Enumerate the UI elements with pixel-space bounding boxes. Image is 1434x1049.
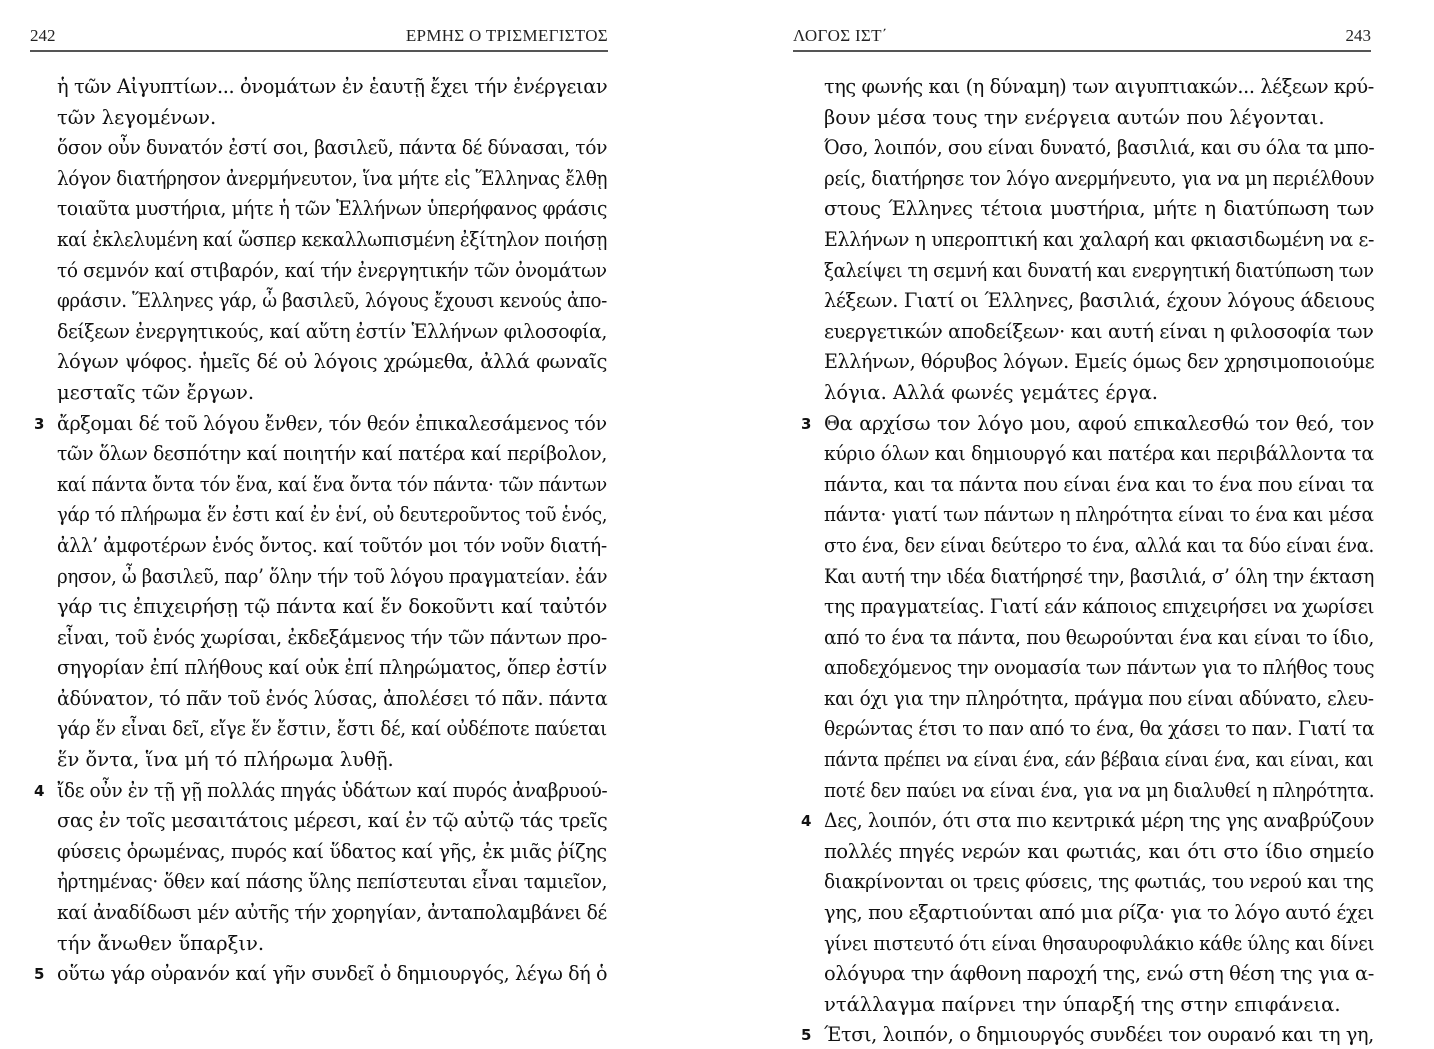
- line-text: στους Έλληνες τέτοια μυστήρια, μήτε η δι…: [824, 197, 1374, 220]
- text-line: βουν μέσα τους την ενέργεια αυτών που λέ…: [824, 103, 1374, 134]
- text-line: τῶν ὅλων δεσπότην καί ποιητήν καί πατέρα…: [57, 439, 607, 470]
- text-line: εἶναι, τοῦ ἑνός χωρίσαι, ἐκδεξάμενος τήν…: [57, 623, 607, 654]
- section-number: 5: [801, 1020, 811, 1049]
- line-text: Και αυτή την ιδέα διατήρησέ την, βασιλιά…: [824, 562, 1374, 593]
- line-text: γάρ τις ἐπιχειρήσῃ τῷ πάντα καί ἕν δοκοῦ…: [57, 595, 607, 618]
- text-line: δείξεων ἐνεργητικούς, καί αὕτη ἐστίν Ἑλλ…: [57, 317, 607, 348]
- line-text: εἶναι, τοῦ ἑνός χωρίσαι, ἐκδεξάμενος τήν…: [57, 623, 607, 654]
- text-line: Και αυτή την ιδέα διατήρησέ την, βασιλιά…: [824, 562, 1374, 593]
- text-line: γης, που εξαρτιούνται από μια ρίζα· για …: [824, 898, 1374, 929]
- greek-text-body: ἡ τῶν Αἰγυπτίων... ὀνομάτων ἐν ἑαυτῇ ἔχε…: [57, 72, 607, 990]
- line-text: τοιαῦτα μυστήρια, μήτε ἡ τῶν Ἑλλήνων ὑπε…: [57, 194, 607, 225]
- line-text: καί ἐκλελυμένη καί ὥσπερ κεκαλλωπισμένη …: [57, 225, 607, 256]
- line-text: και όχι για την πληρότητα, πράγμα που εί…: [824, 684, 1374, 715]
- line-text: φράσιν. Ἕλληνες γάρ, ὦ βασιλεῦ, λόγους ἔ…: [57, 286, 607, 317]
- header-rule: [793, 50, 1371, 52]
- text-line: Όσο, λοιπόν, σου είναι δυνατό, βασιλιά, …: [824, 133, 1374, 164]
- text-line: 3ἄρξομαι δέ τοῦ λόγου ἔνθεν, τόν θεόν ἐπ…: [57, 409, 607, 440]
- text-line: ντάλλαγμα παίρνει την ύπαρξή της στην επ…: [824, 990, 1374, 1021]
- text-line: μεσταῖς τῶν ἔργων.: [57, 378, 607, 409]
- text-line: από το ένα τα πάντα, που θεωρούνται ένα …: [824, 623, 1374, 654]
- page-header: ΛΟΓΟΣ ΙΣΤ΄ 243: [793, 26, 1371, 50]
- line-text: γάρ τό πλήρωμα ἕν ἐστι καί ἐν ἑνί, οὐ δε…: [57, 500, 607, 531]
- line-text: Όσο, λοιπόν, σου είναι δυνατό, βασιλιά, …: [824, 133, 1374, 164]
- line-text: πάντα πρέπει να είναι ένα, εάν βέβαια εί…: [824, 745, 1374, 776]
- line-text: ἀλλ’ ἀμφοτέρων ἑνός ὄντος. καί τοῦτόν μο…: [57, 531, 607, 562]
- page-number: 242: [30, 26, 56, 46]
- line-text: της φωνής και (η δύναμη) των αιγυπτιακών…: [824, 72, 1374, 103]
- line-text: καί πάντα ὄντα τόν ἕνα, καί ἕνα ὄντα τόν…: [57, 470, 607, 501]
- text-line: γίνει πιστευτό ότι είναι θησαυροφυλάκιο …: [824, 929, 1374, 960]
- text-line: 3Θα αρχίσω τον λόγο μου, αφού επικαλεσθώ…: [824, 409, 1374, 440]
- text-line: πάντα· γιατί των πάντων η πληρότητα είνα…: [824, 500, 1374, 531]
- text-line: σηγορίαν ἐπί πλήθους καί οὐκ ἐπί πληρώμα…: [57, 653, 607, 684]
- text-line: λόγον διατήρησον ἀνερμήνευτον, ἵνα μήτε …: [57, 164, 607, 195]
- line-text: ευεργετικών αποδείξεων· και αυτή είναι η…: [824, 317, 1374, 348]
- text-line: ρείς, διατήρησε τον λόγο ανερμήνευτο, γι…: [824, 164, 1374, 195]
- line-text: ἕν ὄντα, ἵνα μή τό πλήρωμα λυθῇ.: [57, 748, 394, 771]
- text-line: 5οὕτω γάρ οὐρανόν καί γῆν συνδεῖ ὁ δημιο…: [57, 959, 607, 990]
- text-line: ἕν ὄντα, ἵνα μή τό πλήρωμα λυθῇ.: [57, 745, 607, 776]
- text-line: ρησον, ὦ βασιλεῦ, παρ’ ὅλην τήν τοῦ λόγο…: [57, 562, 607, 593]
- line-text: Θα αρχίσω τον λόγο μου, αφού επικαλεσθώ …: [824, 412, 1374, 435]
- line-text: αποδεχόμενος την ονομασία των πάντων για…: [824, 653, 1374, 684]
- line-text: ἀδύνατον, τό πᾶν τοῦ ἑνός λύσας, ἀπολέσε…: [57, 684, 607, 715]
- section-number: 4: [34, 776, 44, 807]
- text-line: 4ἴδε οὖν ἐν τῇ γῇ πολλάς πηγάς ὑδάτων κα…: [57, 776, 607, 807]
- text-line: ποτέ δεν παύει να είναι ένα, για να μη δ…: [824, 776, 1374, 807]
- page-number: 243: [1346, 26, 1372, 46]
- line-text: ἄρξομαι δέ τοῦ λόγου ἔνθεν, τόν θεόν ἐπι…: [57, 409, 607, 440]
- text-line: Ελλήνων η υπεροπτική και χαλαρή και φκια…: [824, 225, 1374, 256]
- running-title: ΛΟΓΟΣ ΙΣΤ΄: [793, 26, 888, 46]
- line-text: ντάλλαγμα παίρνει την ύπαρξή της στην επ…: [824, 993, 1341, 1016]
- text-line: πολλές πηγές νερών και φωτιάς, και ότι σ…: [824, 837, 1374, 868]
- text-line: ἡ τῶν Αἰγυπτίων... ὀνομάτων ἐν ἑαυτῇ ἔχε…: [57, 72, 607, 103]
- text-line: ἠρτημένας· ὅθεν καί πάσης ὕλης πεπίστευτ…: [57, 867, 607, 898]
- text-line: ευεργετικών αποδείξεων· και αυτή είναι η…: [824, 317, 1374, 348]
- line-text: σηγορίαν ἐπί πλήθους καί οὐκ ἐπί πληρώμα…: [57, 653, 607, 684]
- line-text: μεσταῖς τῶν ἔργων.: [57, 381, 254, 404]
- line-text: τῶν λεγομένων.: [57, 106, 216, 129]
- text-line: πάντα πρέπει να είναι ένα, εάν βέβαια εί…: [824, 745, 1374, 776]
- line-text: δείξεων ἐνεργητικούς, καί αὕτη ἐστίν Ἑλλ…: [57, 317, 607, 348]
- line-text: γάρ ἕν εἶναι δεῖ, εἴγε ἕν ἔστιν, ἔστι δέ…: [57, 714, 607, 745]
- line-text: Δες, λοιπόν, ότι στα πιο κεντρικά μέρη τ…: [824, 806, 1374, 837]
- text-line: 4Δες, λοιπόν, ότι στα πιο κεντρικά μέρη …: [824, 806, 1374, 837]
- text-line: καί ἀναδίδωσι μέν αὐτῆς τήν χορηγίαν, ἀν…: [57, 898, 607, 929]
- line-text: λόγια. Αλλά φωνές γεμάτες έργα.: [824, 381, 1158, 404]
- text-line: γάρ τό πλήρωμα ἕν ἐστι καί ἐν ἑνί, οὐ δε…: [57, 500, 607, 531]
- text-line: 5Έτσι, λοιπόν, ο δημιουργός συνδέει τον …: [824, 1020, 1374, 1049]
- text-line: λόγων ψόφος. ἡμεῖς δέ οὐ λόγοις χρώμεθα,…: [57, 347, 607, 378]
- modern-greek-translation-body: της φωνής και (η δύναμη) των αιγυπτιακών…: [824, 72, 1374, 1049]
- text-line: πάντα, και τα πάντα που είναι ένα και το…: [824, 470, 1374, 501]
- line-text: πάντα, και τα πάντα που είναι ένα και το…: [824, 470, 1374, 501]
- line-text: πολλές πηγές νερών και φωτιάς, και ότι σ…: [824, 840, 1374, 863]
- text-line: τήν ἄνωθεν ὕπαρξιν.: [57, 929, 607, 960]
- text-line: σας ἐν τοῖς μεσαιτάτοις μέρεσι, καί ἐν τ…: [57, 806, 607, 837]
- line-text: ρείς, διατήρησε τον λόγο ανερμήνευτο, γι…: [824, 164, 1374, 195]
- text-line: γάρ τις ἐπιχειρήσῃ τῷ πάντα καί ἕν δοκοῦ…: [57, 592, 607, 623]
- running-title: ΕΡΜΗΣ Ο ΤΡΙΣΜΕΓΙΣΤΟΣ: [406, 26, 608, 46]
- line-text: στο ένα, δεν είναι δεύτερο το ένα, αλλά …: [824, 531, 1374, 562]
- section-number: 5: [34, 959, 44, 990]
- line-text: από το ένα τα πάντα, που θεωρούνται ένα …: [824, 623, 1374, 654]
- text-line: γάρ ἕν εἶναι δεῖ, εἴγε ἕν ἔστιν, ἔστι δέ…: [57, 714, 607, 745]
- line-text: κύριο όλων και δημιουργό και πατέρα και …: [824, 439, 1374, 470]
- text-line: τό σεμνόν καί στιβαρόν, καί τήν ἐνεργητι…: [57, 256, 607, 287]
- section-number: 3: [34, 409, 44, 440]
- line-text: βουν μέσα τους την ενέργεια αυτών που λέ…: [824, 106, 1325, 129]
- text-line: Ελλήνων, θόρυβος λόγων. Εμείς όμως δεν χ…: [824, 347, 1374, 378]
- header-rule: [30, 50, 608, 52]
- text-line: κύριο όλων και δημιουργό και πατέρα και …: [824, 439, 1374, 470]
- line-text: καί ἀναδίδωσι μέν αὐτῆς τήν χορηγίαν, ἀν…: [57, 898, 607, 929]
- line-text: τό σεμνόν καί στιβαρόν, καί τήν ἐνεργητι…: [57, 256, 607, 287]
- text-line: ολόγυρα την άφθονη παροχή της, ενώ στη θ…: [824, 959, 1374, 990]
- text-line: τοιαῦτα μυστήρια, μήτε ἡ τῶν Ἑλλήνων ὑπε…: [57, 194, 607, 225]
- line-text: ὅσον οὖν δυνατόν ἐστί σοι, βασιλεῦ, πάντ…: [57, 133, 607, 164]
- text-line: στο ένα, δεν είναι δεύτερο το ένα, αλλά …: [824, 531, 1374, 562]
- line-text: λόγον διατήρησον ἀνερμήνευτον, ἵνα μήτε …: [57, 164, 607, 195]
- line-text: σας ἐν τοῖς μεσαιτάτοις μέρεσι, καί ἐν τ…: [57, 806, 607, 837]
- text-line: φύσεις ὁρωμένας, πυρός καί ὕδατος καί γῆ…: [57, 837, 607, 868]
- text-line: καί ἐκλελυμένη καί ὥσπερ κεκαλλωπισμένη …: [57, 225, 607, 256]
- right-page: ΛΟΓΟΣ ΙΣΤ΄ 243 της φωνής και (η δύναμη) …: [717, 0, 1434, 1049]
- line-text: διακρίνονται οι τρεις φύσεις, της φωτιάς…: [824, 867, 1374, 898]
- line-text: γίνει πιστευτό ότι είναι θησαυροφυλάκιο …: [824, 929, 1374, 960]
- text-line: τῶν λεγομένων.: [57, 103, 607, 134]
- text-line: ὅσον οὖν δυνατόν ἐστί σοι, βασιλεῦ, πάντ…: [57, 133, 607, 164]
- line-text: οὕτω γάρ οὐρανόν καί γῆν συνδεῖ ὁ δημιου…: [57, 959, 607, 990]
- line-text: ἠρτημένας· ὅθεν καί πάσης ὕλης πεπίστευτ…: [57, 867, 607, 898]
- line-text: ἡ τῶν Αἰγυπτίων... ὀνομάτων ἐν ἑαυτῇ ἔχε…: [57, 72, 607, 103]
- line-text: Έτσι, λοιπόν, ο δημιουργός συνδέει τον ο…: [824, 1020, 1374, 1049]
- line-text: ρησον, ὦ βασιλεῦ, παρ’ ὅλην τήν τοῦ λόγο…: [57, 562, 607, 593]
- line-text: λέξεων. Γιατί οι Έλληνες, βασιλιά, έχουν…: [824, 286, 1374, 317]
- text-line: λόγια. Αλλά φωνές γεμάτες έργα.: [824, 378, 1374, 409]
- line-text: πάντα· γιατί των πάντων η πληρότητα είνα…: [824, 500, 1374, 531]
- text-line: φράσιν. Ἕλληνες γάρ, ὦ βασιλεῦ, λόγους ἔ…: [57, 286, 607, 317]
- text-line: ἀλλ’ ἀμφοτέρων ἑνός ὄντος. καί τοῦτόν μο…: [57, 531, 607, 562]
- line-text: ποτέ δεν παύει να είναι ένα, για να μη δ…: [824, 776, 1374, 807]
- text-line: λέξεων. Γιατί οι Έλληνες, βασιλιά, έχουν…: [824, 286, 1374, 317]
- left-page: 242 ΕΡΜΗΣ Ο ΤΡΙΣΜΕΓΙΣΤΟΣ ἡ τῶν Αἰγυπτίων…: [0, 0, 717, 1049]
- text-line: της πραγματείας. Γιατί εάν κάποιος επιχε…: [824, 592, 1374, 623]
- line-text: τῶν ὅλων δεσπότην καί ποιητήν καί πατέρα…: [57, 439, 607, 470]
- line-text: Ελλήνων η υπεροπτική και χαλαρή και φκια…: [824, 225, 1374, 256]
- text-line: στους Έλληνες τέτοια μυστήρια, μήτε η δι…: [824, 194, 1374, 225]
- text-line: της φωνής και (η δύναμη) των αιγυπτιακών…: [824, 72, 1374, 103]
- text-line: θερώντας έτσι το παν από το ένα, θα χάσε…: [824, 714, 1374, 745]
- line-text: τήν ἄνωθεν ὕπαρξιν.: [57, 932, 264, 955]
- line-text: ἴδε οὖν ἐν τῇ γῇ πολλάς πηγάς ὑδάτων καί…: [57, 776, 607, 807]
- text-line: και όχι για την πληρότητα, πράγμα που εί…: [824, 684, 1374, 715]
- section-number: 4: [801, 806, 811, 837]
- line-text: γης, που εξαρτιούνται από μια ρίζα· για …: [824, 898, 1374, 929]
- line-text: λόγων ψόφος. ἡμεῖς δέ οὐ λόγοις χρώμεθα,…: [57, 350, 607, 373]
- text-line: διακρίνονται οι τρεις φύσεις, της φωτιάς…: [824, 867, 1374, 898]
- line-text: θερώντας έτσι το παν από το ένα, θα χάσε…: [824, 714, 1374, 745]
- line-text: της πραγματείας. Γιατί εάν κάποιος επιχε…: [824, 592, 1374, 623]
- text-line: καί πάντα ὄντα τόν ἕνα, καί ἕνα ὄντα τόν…: [57, 470, 607, 501]
- line-text: φύσεις ὁρωμένας, πυρός καί ὕδατος καί γῆ…: [57, 837, 607, 868]
- line-text: ολόγυρα την άφθονη παροχή της, ενώ στη θ…: [824, 959, 1374, 990]
- section-number: 3: [801, 409, 811, 440]
- page-header: 242 ΕΡΜΗΣ Ο ΤΡΙΣΜΕΓΙΣΤΟΣ: [30, 26, 608, 50]
- line-text: ξαλείψει τη σεμνή και δυνατή και ενεργητ…: [824, 256, 1374, 287]
- text-line: ἀδύνατον, τό πᾶν τοῦ ἑνός λύσας, ἀπολέσε…: [57, 684, 607, 715]
- text-line: ξαλείψει τη σεμνή και δυνατή και ενεργητ…: [824, 256, 1374, 287]
- text-line: αποδεχόμενος την ονομασία των πάντων για…: [824, 653, 1374, 684]
- line-text: Ελλήνων, θόρυβος λόγων. Εμείς όμως δεν χ…: [824, 347, 1374, 378]
